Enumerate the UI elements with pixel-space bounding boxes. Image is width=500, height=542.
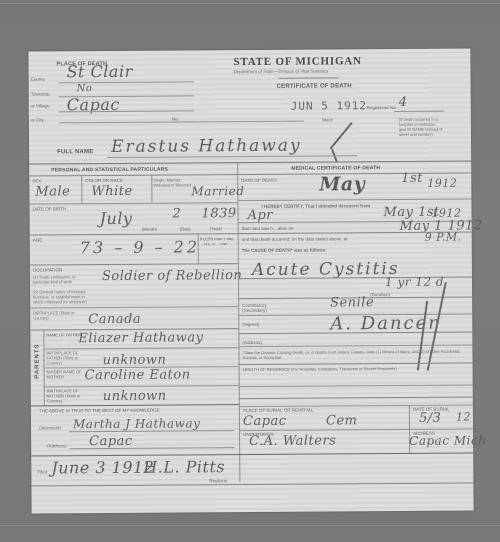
informant-value: Martha J Hathaway (73, 416, 200, 431)
personal-section-title: PERSONAL AND STATISTICAL PARTICULARS (51, 167, 168, 174)
dob-label: DATE OF BIRTH (32, 206, 66, 211)
divider (31, 404, 239, 406)
death-certificate: PLACE OF DEATH STATE OF MICHIGAN Departm… (28, 48, 473, 513)
field-line (69, 430, 234, 432)
last-saw-text: that I last saw h... alive on (242, 226, 294, 231)
medical-section-title: MEDICAL CERTIFICATE OF DEATH (291, 165, 380, 172)
registered-no-label: Registered No. (367, 105, 397, 110)
full-name-value: Erastus Hathaway (111, 136, 302, 157)
divider (30, 233, 238, 235)
field-line (69, 447, 234, 449)
informant-address-value: Capac (89, 434, 133, 449)
registrar-label: Registrar (209, 478, 227, 483)
scan-artifact-line (0, 525, 500, 526)
dob-month-sublabel: (Month) (142, 227, 158, 232)
informant-label: (Informant) (39, 425, 61, 430)
date-of-burial-value: 5/3 (419, 411, 442, 426)
father-birthplace-label: BIRTHPLACE OF FATHER (State or Country) (46, 350, 86, 365)
date-of-death-label: DATE OF DEATH (241, 178, 276, 183)
contributory-value: Senile (330, 295, 374, 310)
divider (29, 202, 237, 204)
registered-no-value: 4 (399, 95, 408, 110)
date-of-death-day: 1st (401, 171, 423, 186)
divider (31, 482, 473, 486)
sex-label: SEX (32, 178, 41, 183)
street-label: No. (172, 116, 179, 121)
received-date-stamp: JUN 5 1912 (291, 99, 367, 113)
field-line (239, 384, 473, 387)
cemetery-value: Cem (326, 413, 358, 428)
divider (44, 385, 239, 387)
divider (237, 198, 471, 201)
death-occurred-text: and that death occurred, on the date sta… (242, 236, 348, 242)
mother-birthplace-label: BIRTHPLACE OF MOTHER (State or Country) (47, 388, 87, 403)
filed-by: H.L. Pitts (143, 457, 225, 477)
mother-birthplace-value: unknown (103, 389, 167, 404)
sex-value: Male (35, 184, 70, 199)
contributory-label: Contributory (Secondary) (242, 303, 282, 313)
check-mark-icon (417, 301, 428, 371)
cause-label: The CAUSE OF DEATH* was as follows: (242, 247, 327, 253)
divider (279, 77, 339, 78)
certify-text: I HEREBY CERTIFY, That I attended deceas… (261, 203, 370, 209)
occupation-label: OCCUPATION (33, 267, 62, 272)
cause-footnote: *State the Disease Causing Death, or, in… (242, 348, 468, 360)
filed-value: June 3 1912 (51, 458, 154, 478)
township-label: Township (31, 91, 50, 96)
divider (198, 233, 199, 263)
scan-artifact-line (0, 3, 500, 4)
field-line (394, 111, 444, 112)
father-name-value: Eliazer Hathaway (78, 330, 203, 346)
divider (31, 452, 473, 456)
city-label: or City (31, 117, 44, 122)
place-of-burial-label: PLACE OF BURIAL OR REMOVAL (243, 408, 314, 413)
age-note: If LESS than 1 day, ....hrs. or ....min. (200, 236, 236, 246)
residence-note: LENGTH OF RESIDENCE (For Hospitals, Inst… (243, 365, 469, 372)
birthplace-label: BIRTHPLACE (State or Country) (33, 310, 85, 320)
place-of-burial-value: Capac (243, 414, 287, 429)
date-of-death-month: May (319, 173, 365, 195)
occupation-sub2: (b) General nature of industry, business… (33, 289, 93, 304)
color-label: COLOR OR RACE (85, 178, 123, 183)
undertaker-address-value: Capac Mich (409, 433, 486, 448)
divider (29, 174, 237, 176)
occupation-sub1: (a) Trade, profession, or particular kin… (33, 274, 91, 284)
hospital-note: (If death occurred in a hospital or inst… (399, 117, 444, 137)
divider (30, 306, 238, 308)
field-line (239, 428, 473, 431)
field-line (238, 344, 472, 347)
occupation-value: Soldier of Rebellion (102, 268, 242, 284)
informant-statement: THE ABOVE IS TRUE TO THE BEST OF MY KNOW… (39, 408, 160, 414)
parents-label: PARENTS (34, 343, 40, 378)
county-label: County (31, 76, 45, 81)
column-divider (237, 162, 240, 482)
age-label: AGE (33, 237, 43, 242)
date-of-death-year: 1912 (427, 177, 457, 190)
dob-day: 2 (172, 206, 181, 221)
department-subtitle: Department of State—Division of Vital St… (234, 68, 329, 74)
field-line (184, 121, 304, 123)
village-label: or Village (31, 103, 50, 108)
signed-label: (Signed) (242, 322, 259, 327)
field-line (59, 121, 194, 123)
mother-name-label: MAIDEN NAME OF MOTHER (47, 369, 87, 379)
divider (81, 175, 82, 203)
dob-day-sublabel: (Day) (180, 226, 191, 231)
color-value: White (91, 184, 132, 199)
county-value: St Clair (66, 62, 132, 81)
birthplace-value: Canada (88, 312, 141, 327)
divider (43, 347, 238, 349)
divider (151, 175, 152, 203)
full-name-label: FULL NAME (57, 149, 93, 155)
physician-address-label: (Address) (242, 340, 262, 345)
date-of-burial-year: 12 (456, 410, 471, 423)
form-title: CERTIFICATE OF DEATH (277, 83, 352, 90)
field-line (59, 110, 194, 112)
field-line (239, 396, 473, 399)
duration-value: 1 yr 12 d (385, 275, 444, 289)
attended-from: Apr (247, 208, 273, 223)
marital-value: Married (191, 184, 244, 198)
divider (30, 263, 238, 265)
township-value: No (77, 83, 93, 94)
undertaker-value: C.A. Walters (249, 433, 336, 449)
dob-month: July (99, 209, 132, 228)
state-title: STATE OF MICHIGAN (233, 55, 361, 68)
marital-label: Single, Married, Widowed or Divorced (153, 177, 193, 187)
mother-name-value: Caroline Eaton (85, 367, 191, 383)
dob-year: 1839 (201, 206, 236, 221)
filed-label: Filed (37, 469, 47, 474)
divider (239, 362, 473, 365)
age-value: 73 – 9 – 22 (80, 237, 200, 257)
section-divider (29, 160, 471, 164)
check-mark-icon (330, 122, 353, 149)
ward-label: Ward (322, 117, 333, 122)
informant-address-label: (Address) (47, 443, 67, 448)
dob-year-sublabel: (Year) (210, 226, 222, 231)
death-time: 9 P.M. (425, 231, 462, 244)
